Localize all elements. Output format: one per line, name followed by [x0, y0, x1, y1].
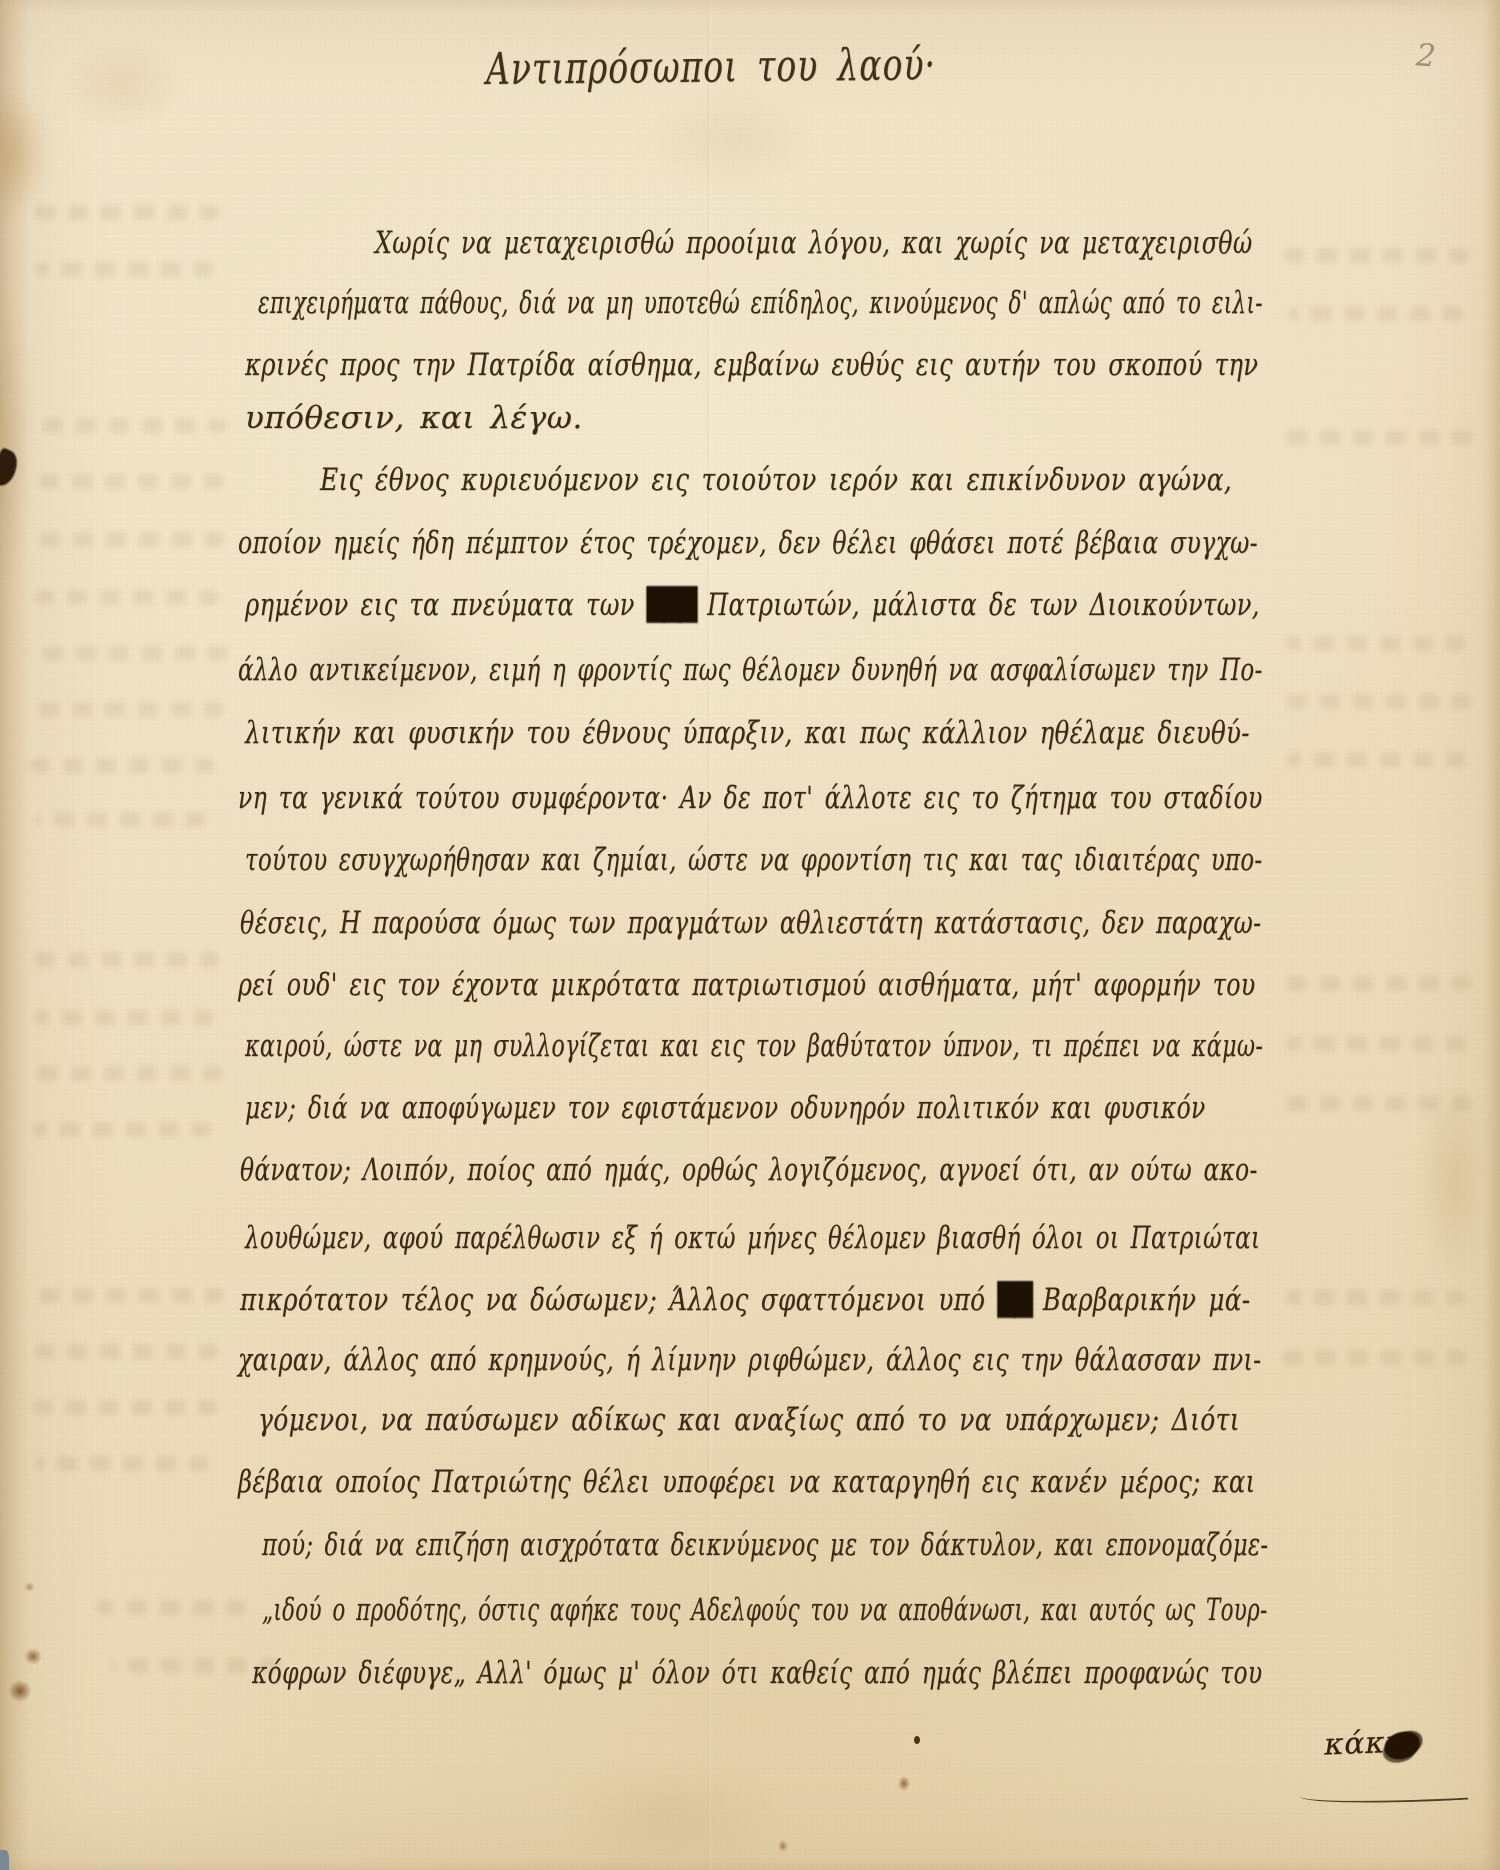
bleedthrough-smudge	[34, 590, 219, 605]
scanner-background-sliver	[0, 1850, 9, 1870]
foxing-spot	[778, 1840, 788, 1852]
bleedthrough-smudge	[36, 812, 206, 827]
bleedthrough-smudge	[96, 1600, 246, 1615]
manuscript-line: λουθώμεν, αφού παρέλθωσιν εξ ή οκτώ μήνε…	[245, 1220, 1260, 1257]
bleedthrough-smudge	[1282, 430, 1472, 445]
stain	[640, 90, 820, 190]
redaction-strikethrough-blot: ██	[998, 1282, 1031, 1318]
foxing-spot	[24, 1648, 42, 1665]
bleedthrough-smudge	[30, 532, 225, 547]
manuscript-line: Εις έθνος κυριευόμενον εις τοιούτον ιερό…	[320, 462, 1232, 499]
manuscript-line: Χωρίς να μεταχειρισθώ προοίμια λόγου, κα…	[375, 225, 1253, 262]
stain	[560, 1760, 780, 1870]
bleedthrough-smudge	[34, 1344, 219, 1359]
bleedthrough-smudge	[28, 646, 228, 661]
manuscript-line: οποίον ημείς ήδη πέμπτον έτος τρέχομεν, …	[238, 525, 1258, 562]
stain	[62, 40, 182, 130]
catchword-underline-flourish	[1300, 1788, 1468, 1809]
bleedthrough-smudge	[1282, 1350, 1467, 1365]
bleedthrough-smudge	[1286, 1036, 1466, 1051]
stain	[0, 88, 50, 218]
manuscript-line: θάνατον; Λοιπόν, ποίος από ημάς, ορθώς λ…	[240, 1152, 1258, 1189]
manuscript-line: υπόθεσιν, και λέγω.	[245, 400, 583, 437]
bleedthrough-smudge	[32, 1122, 212, 1137]
manuscript-line: πού; διά να επιζήση αισχρότατα δεικνύμεν…	[262, 1527, 1268, 1564]
manuscript-line: χαιραν, άλλος από κρημνούς, ή λίμνην ριφ…	[238, 1342, 1261, 1379]
bleedthrough-smudge	[28, 418, 228, 433]
bleedthrough-smudge	[34, 262, 214, 277]
page-right-edge-shading	[1482, 0, 1500, 1870]
manuscript-line: γόμενοι, να παύσωμεν αδίκως και αναξίως …	[258, 1402, 1240, 1439]
bleedthrough-smudge	[1288, 306, 1463, 321]
manuscript-line: ρημένον εις τα πνεύματα των ███ Πατριωτώ…	[245, 587, 1260, 624]
manuscript-line: λιτικήν και φυσικήν του έθνους ύπαρξιν, …	[245, 715, 1250, 752]
bleedthrough-smudge	[1286, 636, 1466, 651]
manuscript-line: κόφρων διέφυγε„ Αλλ' όμως μ' όλον ότι κα…	[252, 1655, 1262, 1692]
manuscript-line: επιχειρήματα πάθους, διά να μη υποτεθώ ε…	[258, 285, 1263, 322]
bleedthrough-smudge	[1282, 976, 1472, 991]
bleedthrough-smudge	[1282, 694, 1472, 709]
bleedthrough-smudge	[34, 1010, 214, 1025]
bleedthrough-smudge	[1286, 1290, 1466, 1305]
manuscript-line: πικρότατον τέλος να δώσωμεν; Άλλος σφαττ…	[240, 1282, 1250, 1319]
bleedthrough-smudge	[34, 702, 224, 717]
bleedthrough-smudge	[30, 758, 215, 773]
manuscript-line: άλλο αντικείμενον, ειμή η φροντίς πως θέ…	[238, 652, 1263, 689]
bleedthrough-smudge	[36, 474, 224, 489]
foxing-spot	[898, 1776, 910, 1791]
manuscript-line: μεν; διά να αποφύγωμεν τον εφιστάμενον ο…	[245, 1090, 1206, 1127]
bleedthrough-smudge	[1282, 1096, 1472, 1111]
manuscript-line: νη τα γενικά τούτου συμφέροντα· Αν δε πο…	[238, 780, 1263, 817]
bleedthrough-smudge	[1284, 248, 1469, 263]
foxing-spot	[914, 1736, 920, 1744]
manuscript-line: θέσεις, Η παρούσα όμως των πραγμάτων αθλ…	[240, 905, 1261, 942]
foxing-spot	[8, 1680, 32, 1702]
bleedthrough-smudge	[28, 1066, 223, 1081]
redaction-strikethrough-blot: ███	[647, 587, 696, 623]
foxing-spot	[24, 1582, 35, 1592]
bleedthrough-smudge	[1286, 752, 1466, 767]
pencil-page-number: 2	[1415, 37, 1437, 74]
manuscript-title: Αντιπρόσωποι του λαού·	[486, 39, 937, 95]
manuscript-line: „ιδού ο προδότης, όστις αφήκε τους Αδελφ…	[262, 1592, 1268, 1629]
bleedthrough-smudge	[30, 1288, 225, 1303]
manuscript-line: κρινές προς την Πατρίδα αίσθημα, εμβαίνω…	[245, 347, 1258, 384]
bleedthrough-smudge	[30, 205, 220, 220]
manuscript-page: 2 Αντιπρόσωποι του λαού· Χωρίς να μεταχε…	[0, 0, 1500, 1870]
bleedthrough-smudge	[28, 1400, 218, 1415]
manuscript-line: ρεί ουδ' εις τον έχοντα μικρότατα πατριω…	[238, 967, 1256, 1004]
manuscript-line: καιρού, ώστε να μη συλλογίζεται και εις …	[245, 1028, 1263, 1065]
bleedthrough-smudge	[34, 1456, 209, 1471]
bleedthrough-smudge	[30, 952, 220, 967]
manuscript-line: βέβαια οποίος Πατριώτης θέλει υποφέρει ν…	[238, 1464, 1255, 1501]
manuscript-line: τούτου εσυγχωρήθησαν και ζημίαι, ώστε να…	[245, 842, 1262, 879]
